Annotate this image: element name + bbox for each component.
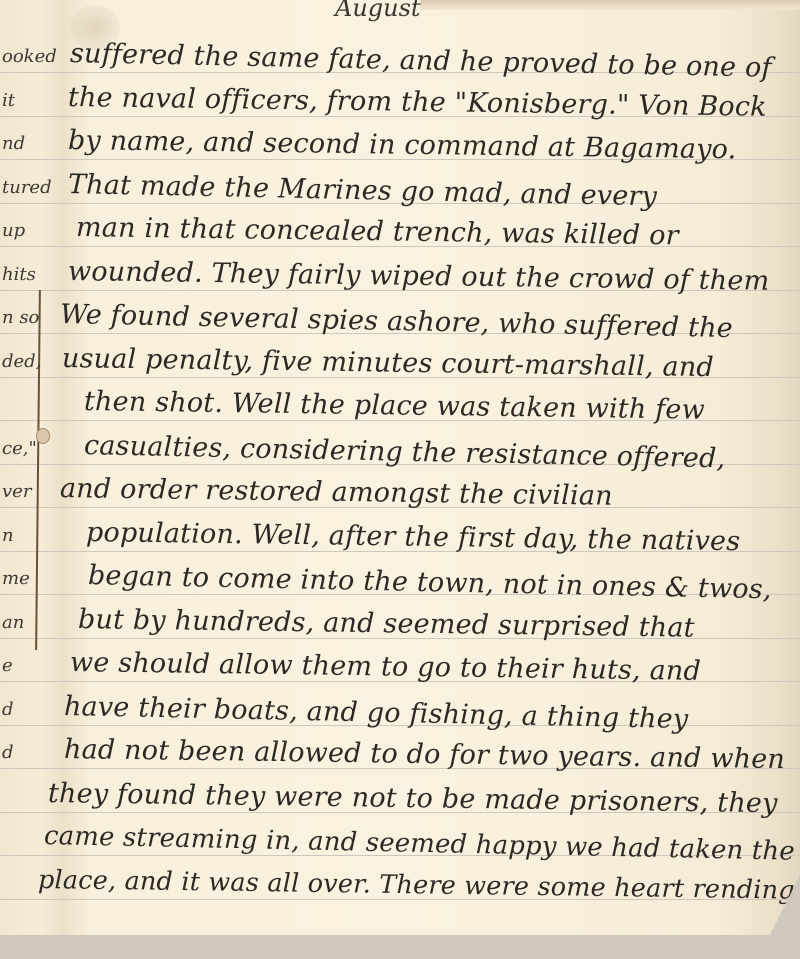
- text-line: casualties, considering the resistance o…: [84, 430, 726, 474]
- text-line: they found they were not to be made pris…: [48, 778, 778, 819]
- page-edge: [420, 0, 800, 10]
- left-page-fragment: ver: [2, 481, 31, 502]
- left-page-fragment: d: [2, 699, 14, 720]
- binding-knot: [36, 428, 50, 444]
- left-page-fragment: e: [2, 655, 13, 676]
- text-line: We found several spies ashore, who suffe…: [60, 299, 734, 344]
- binding-thread: [35, 290, 41, 650]
- left-page-fragment: up: [2, 220, 25, 241]
- left-page-fragment: tured: [2, 177, 52, 198]
- left-page-fragment: ooked: [2, 46, 57, 67]
- left-page-fragment: n: [2, 525, 14, 546]
- text-line: have their boats, and go fishing, a thin…: [64, 691, 689, 735]
- left-page-fragment: me: [2, 568, 30, 589]
- page-header: August: [335, 0, 421, 22]
- left-page-fragment: hits: [2, 264, 36, 285]
- left-page-fragment: ce,": [2, 438, 37, 459]
- left-page-fragment: n so: [2, 307, 39, 328]
- text-line: came streaming in, and seemed happy we h…: [44, 821, 795, 867]
- text-line: That made the Marines go mad, and every: [68, 169, 658, 212]
- left-page-fragment: nd: [2, 133, 25, 154]
- left-page-fragment: an: [2, 612, 24, 633]
- notebook-page: August suffered the same fate, and he pr…: [0, 0, 800, 935]
- text-line: began to come into the town, not in ones…: [88, 560, 772, 605]
- left-page-fragment: d: [2, 742, 14, 763]
- left-page-fragment: it: [2, 90, 15, 111]
- text-line: and order restored amongst the civilian: [60, 473, 613, 512]
- left-page-fragment: ded,: [2, 351, 41, 372]
- text-line: suffered the same fate, and he proved to…: [70, 38, 772, 84]
